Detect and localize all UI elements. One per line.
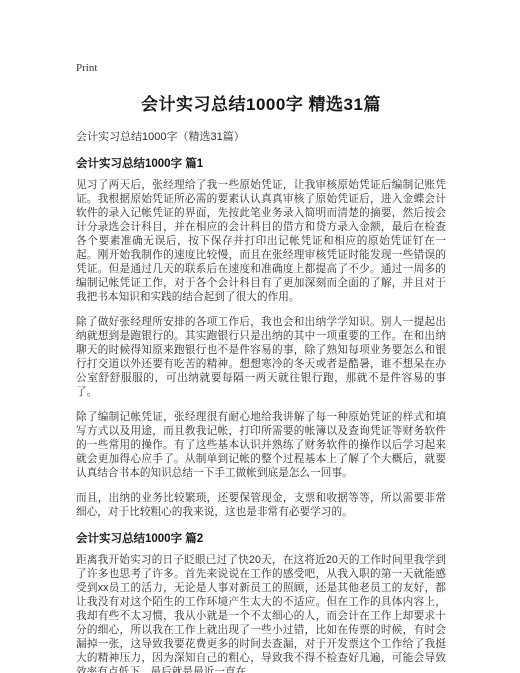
section-1-paragraph-4: 而且，出纳的业务比较繁琐，还要保管现金，支票和收据等等，所以需要非常细心，对于比… xyxy=(76,491,446,519)
section-1-paragraph-2: 除了做好张经理所安排的各项工作后，我也会和出纳学学知识。别人一提起出纳就想到是跑… xyxy=(76,315,446,399)
section-heading-2: 会计实习总结1000字 篇2 xyxy=(76,530,446,546)
section-2-paragraph-1: 距离我开始实习的日子眨眼已过了快20天，在这将近20天的工作时间里我学到了许多也… xyxy=(76,553,446,673)
page-title: 会计实习总结1000字 精选31篇 xyxy=(76,90,446,115)
section-1-paragraph-3: 除了编制记帐凭证，张经理很有耐心地给我讲解了每一种原始凭证的样式和填写方式以及用… xyxy=(76,410,446,480)
document-subtitle: 会计实习总结1000字（精选31篇） xyxy=(76,128,446,144)
document-page: Print 会计实习总结1000字 精选31篇 会计实习总结1000字（精选31… xyxy=(0,0,520,673)
section-heading-1: 会计实习总结1000字 篇1 xyxy=(76,155,446,171)
section-1-paragraph-1: 见习了两天后，张经理给了我一些原始凭证，让我审核原始凭证后编制记账凭证。我根据原… xyxy=(76,178,446,304)
print-link[interactable]: Print xyxy=(76,62,97,74)
